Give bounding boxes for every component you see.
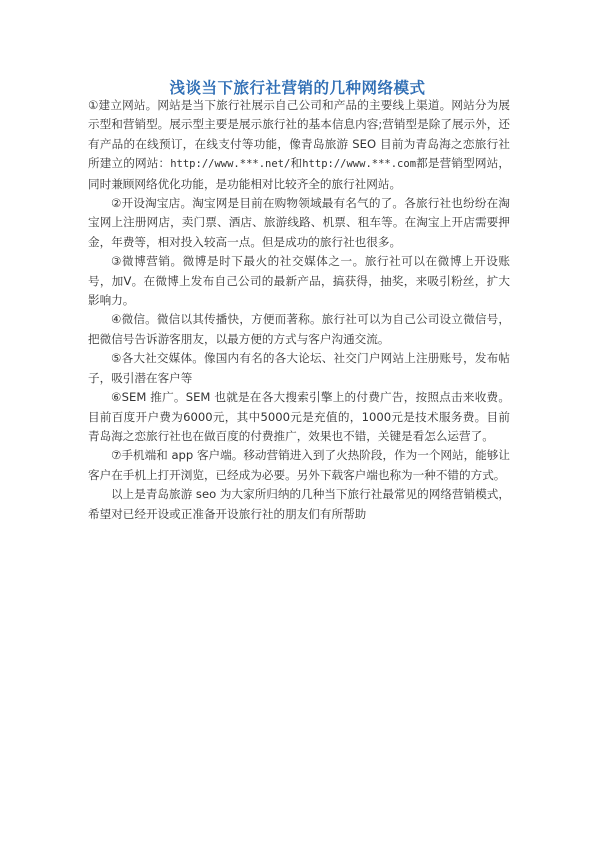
conjunction-text: 和 <box>290 156 302 170</box>
document-title: 浅谈当下旅行社营销的几种网络模式 <box>0 76 595 98</box>
paragraph-5-social-media: ⑤各大社交媒体。像国内有名的各大论坛、社交门户网站上注册账号，发布帖子，吸引潜在… <box>88 349 510 388</box>
paragraph-3-weibo: ③微博营销。微博是时下最火的社交媒体之一。旅行社可以在微博上开设账号，加V。在微… <box>88 252 510 310</box>
link-com-site[interactable]: http://www.***.com <box>302 158 416 170</box>
link-net-site[interactable]: http://www.***.net/ <box>170 158 290 170</box>
paragraph-1-website: ①建立网站。网站是当下旅行社展示自己公司和产品的主要线上渠道。网站分为展示型和营… <box>88 96 510 194</box>
paragraph-6-sem: ⑥SEM 推广。SEM 也就是在各大搜索引擎上的付费广告，按照点击来收费。目前百… <box>88 388 510 446</box>
document-body: ①建立网站。网站是当下旅行社展示自己公司和产品的主要线上渠道。网站分为展示型和营… <box>88 96 510 524</box>
document-page: 浅谈当下旅行社营销的几种网络模式 ①建立网站。网站是当下旅行社展示自己公司和产品… <box>0 0 595 842</box>
paragraph-4-wechat: ④微信。微信以其传播快，方便而著称。旅行社可以为自己公司设立微信号，把微信号告诉… <box>88 310 510 349</box>
paragraph-2-taobao: ②开设淘宝店。淘宝网是目前在购物领域最有名气的了。各旅行社也纷纷在淘宝网上注册网… <box>88 194 510 252</box>
paragraph-7-mobile-app: ⑦手机端和 app 客户端。移动营销进入到了火热阶段，作为一个网站，能够让客户在… <box>88 446 510 485</box>
paragraph-8-conclusion: 以上是青岛旅游 seo 为大家所归纳的几种当下旅行社最常见的网络营销模式，希望对… <box>88 485 510 524</box>
